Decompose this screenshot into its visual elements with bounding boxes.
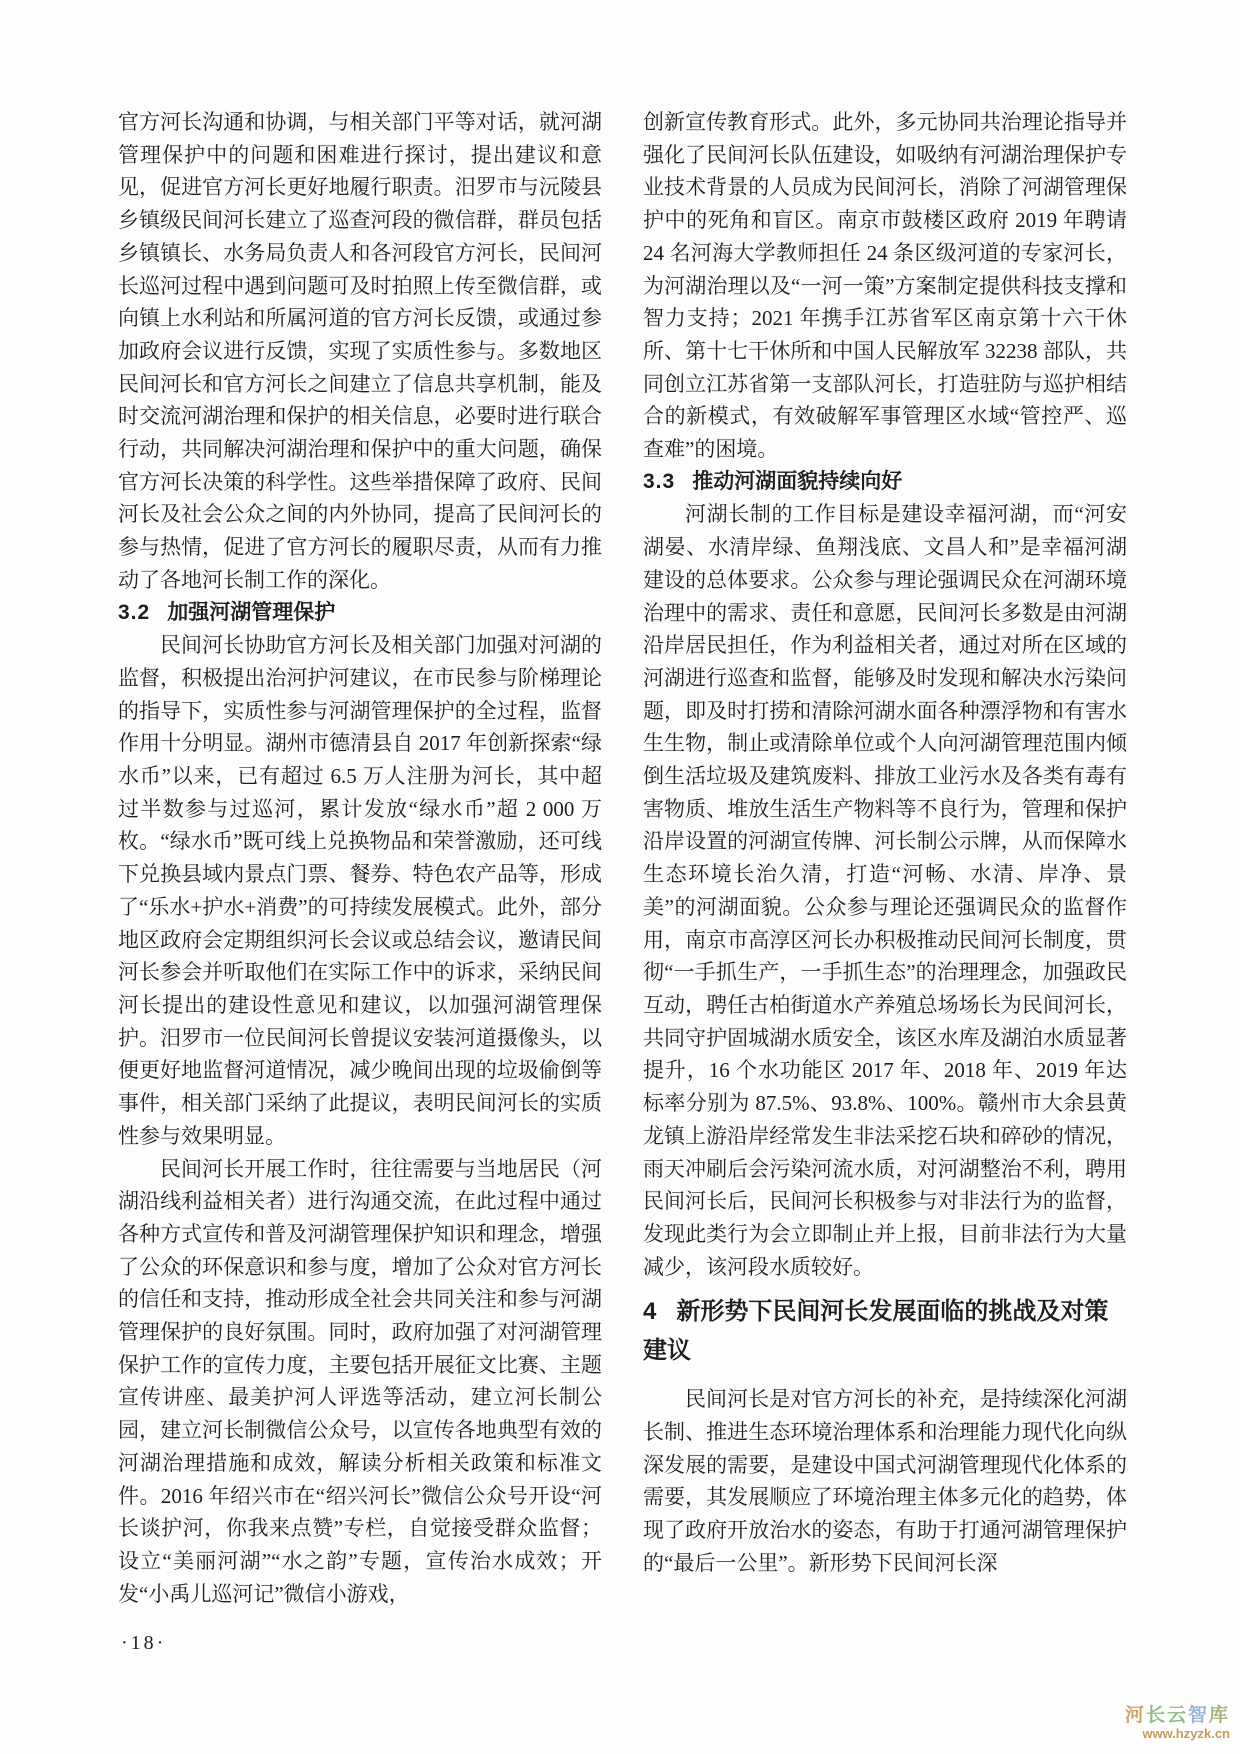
section-heading-3-2: 3.2加强河湖管理保护 [118, 597, 602, 630]
section-title: 推动河湖面貌持续向好 [692, 470, 902, 493]
section-heading-3-3: 3.3推动河湖面貌持续向好 [643, 466, 1127, 499]
paragraph-participation-continuation: 官方河长沟通和协调，与相关部门平等对话，就河湖管理保护中的问题和困难进行探讨，提… [118, 106, 602, 597]
section-title: 新形势下民间河长发展面临的挑战及对策建议 [643, 1298, 1108, 1364]
section-heading-4: 4新形势下民间河长发展面临的挑战及对策建议 [643, 1292, 1127, 1370]
section-title: 加强河湖管理保护 [167, 601, 335, 624]
paragraph-supervision: 民间河长协助官方河长及相关部门加强对河湖的监督，积极提出治河护河建议，在市民参与… [118, 629, 602, 1152]
watermark-url: www.hzyzk.cn [1125, 1727, 1230, 1741]
paragraph-challenge: 民间河长是对官方河长的补充，是持续深化河湖长制、推进生态环境治理体系和治理能力现… [643, 1383, 1127, 1579]
watermark-title: 河长云智库 [1125, 1706, 1230, 1727]
section-number: 3.3 [643, 470, 675, 493]
right-column: 创新宣传教育形式。此外，多元协同共治理论指导并强化了民间河长队伍建设，如吸纳有河… [643, 106, 1127, 1580]
section-number: 3.2 [118, 601, 150, 624]
page-number: ·18· [121, 1632, 166, 1655]
left-column: 官方河长沟通和协调，与相关部门平等对话，就河湖管理保护中的问题和困难进行探讨，提… [118, 106, 602, 1610]
watermark: 河长云智库 www.hzyzk.cn [1125, 1706, 1230, 1741]
paragraph-happy-river: 河湖长制的工作目标是建设幸福河湖，而“河安湖晏、水清岸绿、鱼翔浅底、文昌人和”是… [643, 498, 1127, 1283]
paragraph-publicity: 民间河长开展工作时，往往需要与当地居民（河湖沿线利益相关者）进行沟通交流，在此过… [118, 1153, 602, 1611]
section-number: 4 [643, 1298, 656, 1325]
paragraph-innovation: 创新宣传教育形式。此外，多元协同共治理论指导并强化了民间河长队伍建设，如吸纳有河… [643, 106, 1127, 466]
